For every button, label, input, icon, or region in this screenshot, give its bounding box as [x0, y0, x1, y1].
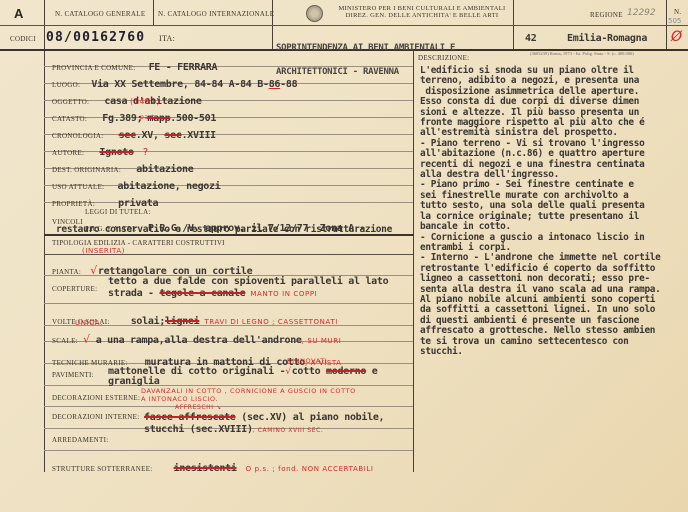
soprintendenza-line1: SOPRINTENDENZA AI BENI AMBIENTALI E	[276, 44, 455, 52]
decorazioni-interne-label: DECORAZIONI INTERNE:	[52, 413, 139, 421]
catasto-label: CATASTO:	[52, 115, 87, 123]
dest-originaria-label: DEST. ORIGINARIA:	[52, 166, 121, 174]
field-coperture: tetto a due falde con spioventi parallel…	[108, 277, 388, 299]
luogo-label: LUOGO:	[52, 81, 80, 89]
descrizione-label: DESCRIZIONE:	[418, 54, 469, 62]
pavimenti-label: PAVIMENTI:	[52, 371, 94, 379]
field-strutture-sotterranee: STRUTTURE SOTTERRANEE: inesistenti O p.s…	[52, 456, 374, 475]
left-margin-rule	[44, 0, 45, 472]
descrizione-line: bancale in cotto.	[420, 222, 661, 232]
descrizione-text: L'edificio si snoda su un piano oltre il…	[420, 66, 661, 357]
cronologia-struck: sec	[164, 130, 181, 141]
uso-attuale-label: USO ATTUALE:	[52, 183, 104, 191]
volte-solai-value: solai	[131, 316, 160, 327]
header-divider	[272, 25, 273, 50]
decorazioni-interne-annotation: , CAMINO XVIII SEC.	[253, 427, 324, 434]
coperture-struck: tegole a canale	[160, 288, 246, 299]
catalogo-generale-label: N. CATALOGO GENERALE	[55, 10, 145, 18]
tipologia-annotation: (INSERITA)	[82, 247, 125, 255]
tipologia-label: TIPOLOGIA EDILIZIA - CARATTERI COSTRUTTI…	[52, 239, 225, 247]
scale-annotation-above: UNICA,	[75, 319, 103, 327]
catasto-annotation-above: (1481)	[130, 97, 160, 106]
descrizione-line: affrescato a grottesche. Nello stesso am…	[420, 326, 661, 336]
coperture-label: COPERTURE:	[52, 285, 97, 293]
field-decorazioni-esterne: DAVANZALI IN COTTO , CORNICIONE A GUSCIO…	[141, 387, 356, 403]
pavimenti-struck: moderno	[326, 366, 366, 377]
strutture-sotterranee-annotation: O p.s. ; fond. NON ACCERTABILI	[246, 465, 374, 473]
luogo-value-underlined: 86	[269, 79, 280, 90]
strutture-sotterranee-label: STRUTTURE SOTTERRANEE:	[52, 465, 153, 473]
header-rule	[0, 25, 688, 26]
cronologia-value: .XVIII	[182, 130, 216, 141]
regione-label: REGIONE	[590, 11, 623, 19]
ministry-line1: MINISTERO PER I BENI CULTURALI E AMBIENT…	[332, 5, 512, 12]
n-value: Ø	[671, 29, 682, 45]
ministry-line2: DIREZ. GEN. DELLE ANTICHITA' E BELLE ART…	[332, 12, 512, 19]
decorazioni-esterne-label: DECORAZIONI ESTERNE:	[52, 394, 140, 402]
field-scale: SCALE: √ a una rampa,alla destra dell'an…	[52, 328, 341, 347]
cronologia-label: CRONOLOGIA:	[52, 132, 104, 140]
proprieta-label: PROPRIETÀ:	[52, 200, 95, 208]
scale-label: SCALE:	[52, 337, 78, 345]
state-emblem-icon	[306, 5, 323, 22]
section-letter: A	[14, 6, 23, 21]
pianta-label: PIANTA:	[52, 268, 81, 276]
n-handwritten-number: 505	[668, 17, 681, 25]
column-divider	[413, 50, 414, 472]
oggetto-label: OGGETTO:	[52, 98, 89, 106]
check-mark-icon: √	[90, 264, 98, 277]
decorazioni-interne-value-line2: stucchi (sec.XVIII)	[144, 424, 253, 435]
soprintendenza-code: 42	[525, 33, 536, 44]
regione-value: Emilia-Romagna	[567, 33, 647, 44]
coperture-annotation: MANTO IN COPPI	[250, 290, 317, 298]
regione-handwritten-number: 12292	[627, 8, 656, 18]
field-pavimenti: mattonelle di cotto originali -√cotto mo…	[108, 364, 378, 386]
decorazioni-esterne-annotation: DAVANZALI IN COTTO , CORNICIONE A GUSCIO…	[141, 387, 356, 395]
strutture-sotterranee-struck: inesistenti	[174, 463, 237, 474]
catasto-annotation-below: part.	[140, 114, 157, 121]
prg-value-line2: restauro conservativo e restauro parzial…	[56, 224, 392, 235]
catalogo-internazionale-value: ITA:	[159, 34, 175, 43]
ministry-heading: MINISTERO PER I BENI CULTURALI E AMBIENT…	[332, 5, 512, 19]
luogo-value-end: -88	[280, 79, 297, 90]
volte-solai-annotation: TRAVI DI LEGNO ; CASSETTONATI	[204, 318, 337, 326]
descrizione-line: stucchi.	[420, 347, 661, 357]
arredamenti-label: ARREDAMENTI:	[52, 436, 109, 444]
descrizione-line: ligneo a cassettoni non decorati; esso p…	[420, 274, 661, 284]
print-note: (3603239) Roma, 1973 - Ist. Polig. Stato…	[530, 51, 634, 56]
catalogo-generale-value: 08/00162760	[46, 30, 145, 45]
pavimenti-value-line2: graniglia	[108, 377, 378, 386]
volte-solai-struck: lignei	[165, 316, 199, 327]
header-divider	[153, 0, 154, 25]
leggi-tutela-label: LEGGI DI TUTELA:	[85, 208, 151, 216]
field-decorazioni-interne: fasce affrescate (sec.XV) al piano nobil…	[144, 410, 384, 435]
decorazioni-esterne-annotation-line2: A INTONACO LISCIO.	[141, 395, 356, 403]
provincia-label: PROVINCIA E COMUNE:	[52, 64, 135, 72]
catalogo-internazionale-label: N. CATALOGO INTERNAZIONALE	[158, 10, 274, 18]
check-mark-icon: √	[83, 333, 91, 346]
scale-value: a una rampa,alla destra dell'androne	[96, 335, 302, 346]
codici-label: CODICI	[10, 35, 36, 43]
n-label: N.	[674, 8, 681, 16]
autore-label: AUTORE:	[52, 149, 84, 157]
scale-annotation: , SU MURI	[302, 337, 342, 345]
coperture-value-line2: strada -	[108, 288, 160, 299]
